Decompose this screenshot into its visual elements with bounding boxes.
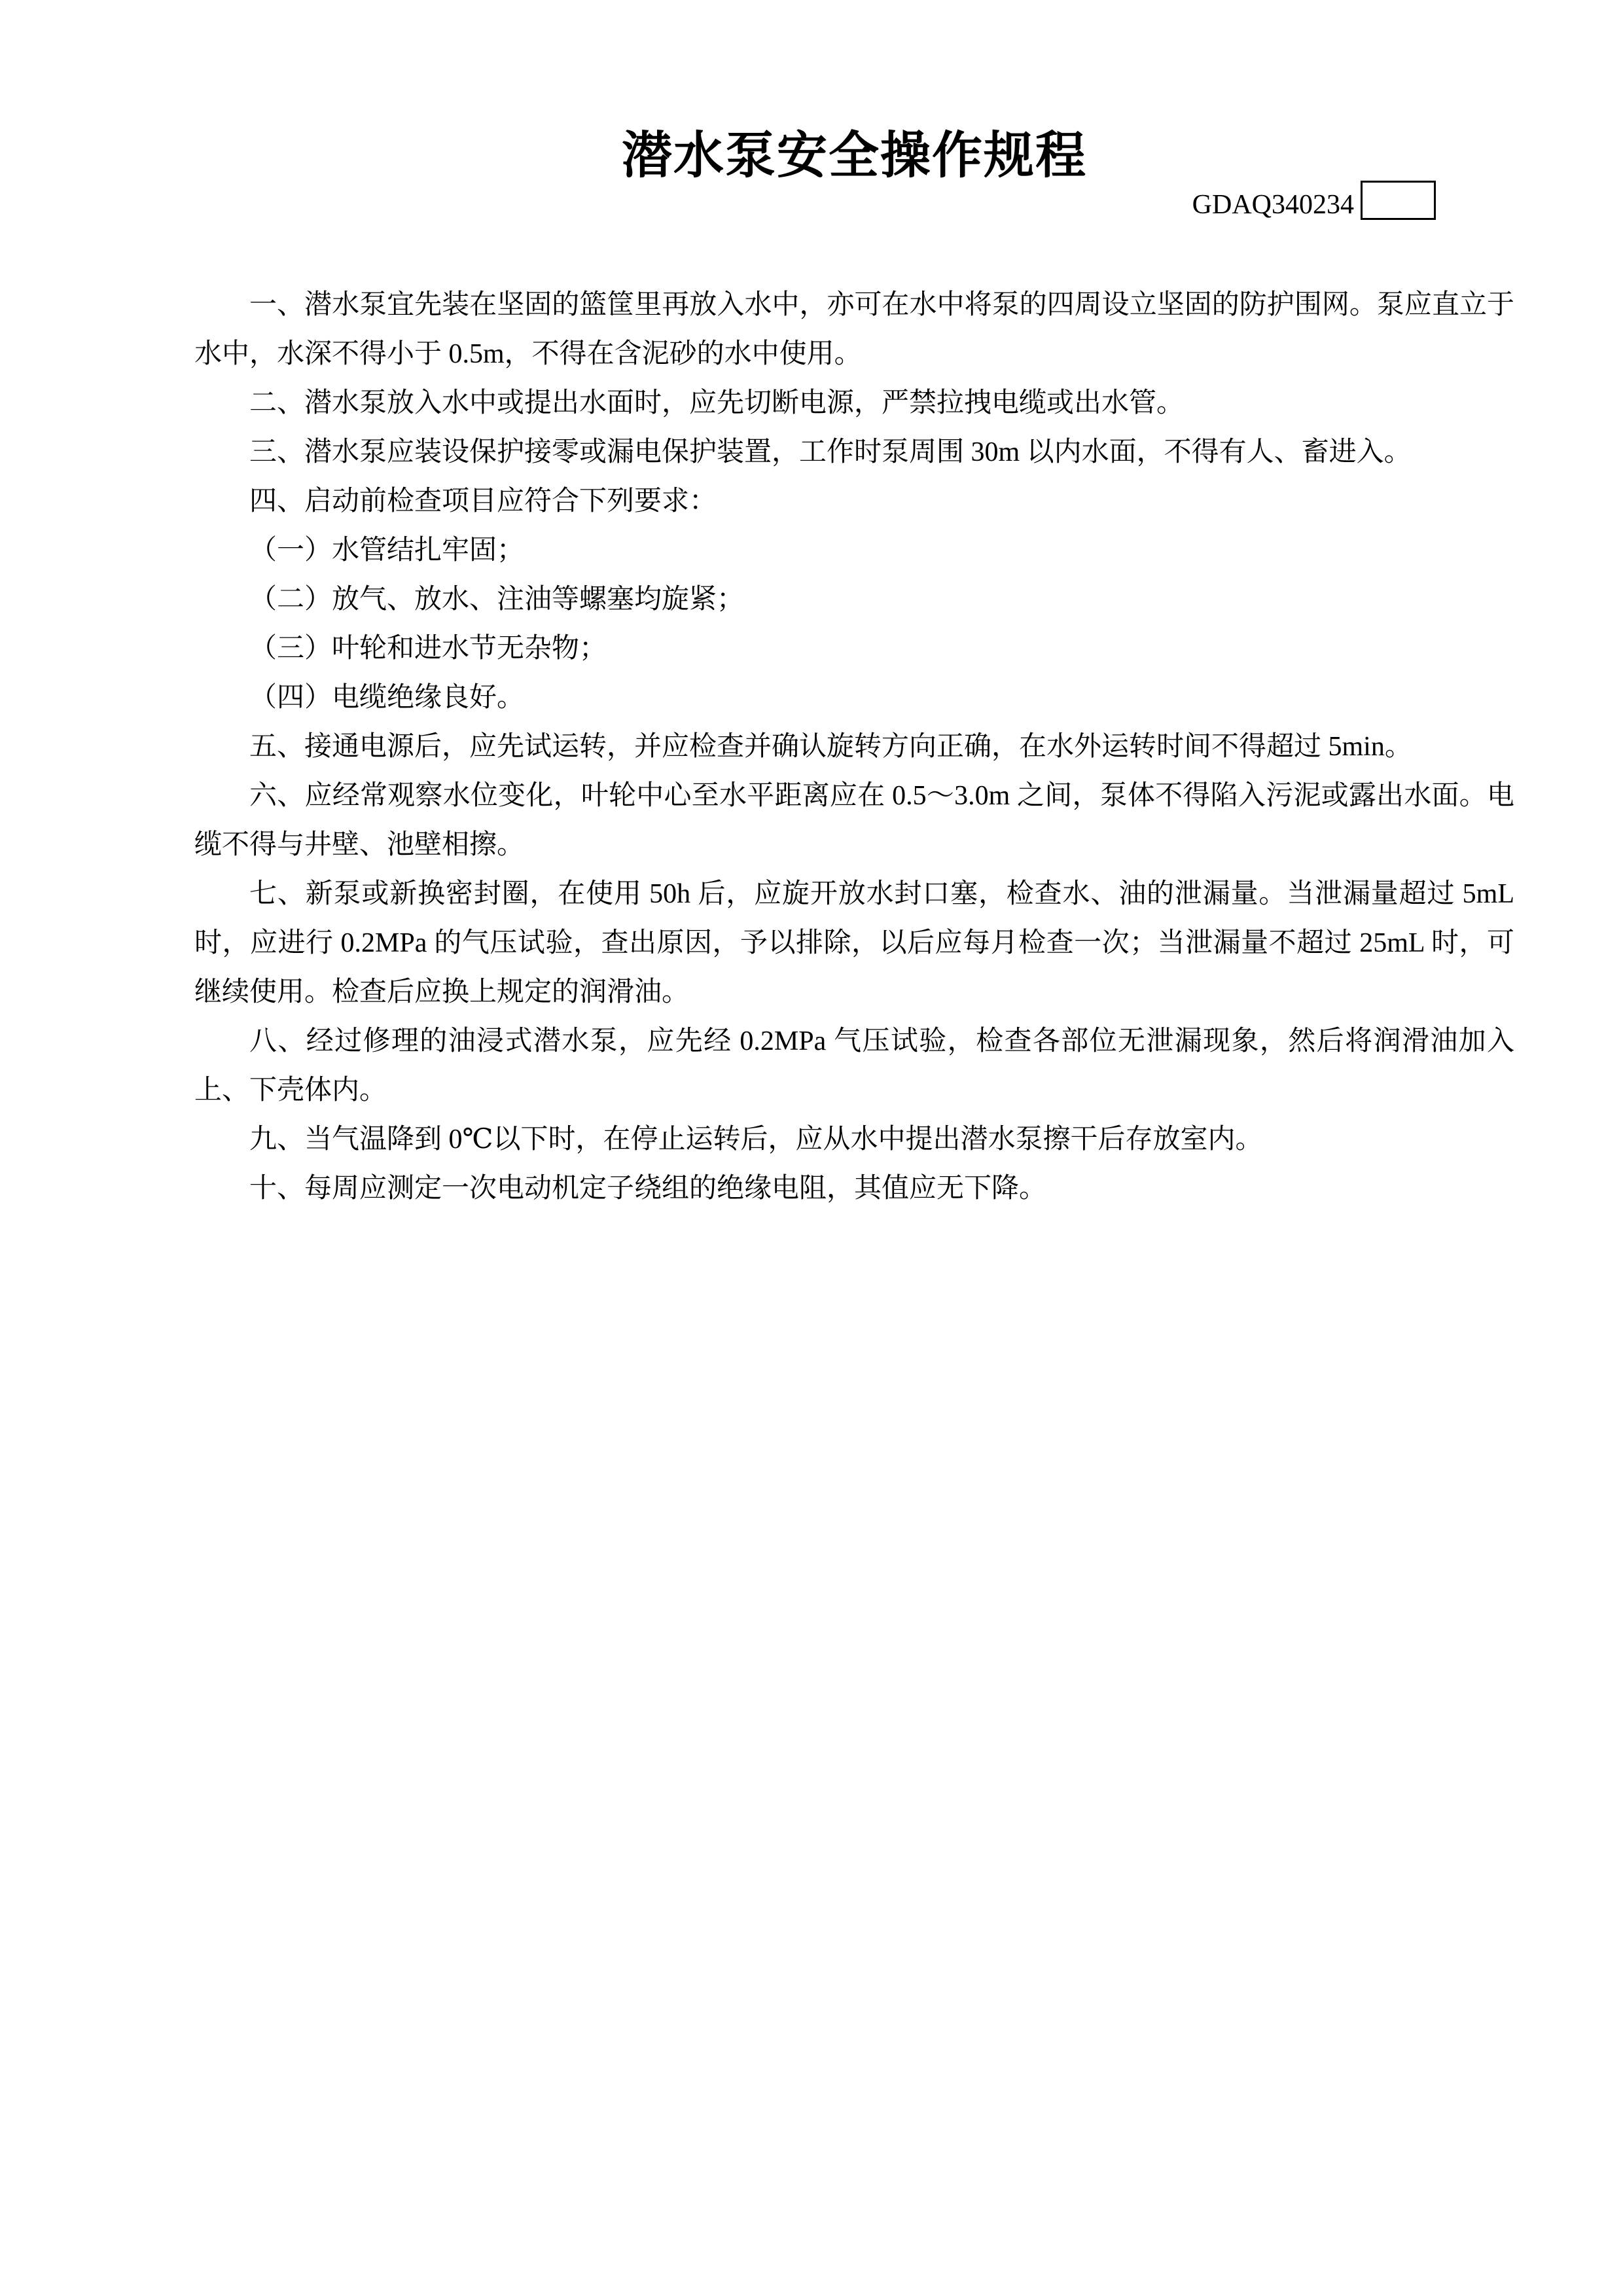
body-paragraph: 六、应经常观察水位变化，叶轮中心至水平距离应在 0.5～3.0m 之间，泵体不得… — [194, 772, 1514, 870]
body-paragraph: 三、潜水泵应装设保护接零或漏电保护装置，工作时泵周围 30m 以内水面，不得有人… — [194, 428, 1514, 477]
body-paragraph: 一、潜水泵宜先装在坚固的篮筐里再放入水中，亦可在水中将泵的四周设立坚固的防护围网… — [194, 281, 1514, 379]
body-paragraph: 二、潜水泵放入水中或提出水面时，应先切断电源，严禁拉拽电缆或出水管。 — [194, 379, 1514, 428]
body-paragraph: （四）电缆绝缘良好。 — [194, 673, 1514, 723]
body-paragraph: 十、每周应测定一次电动机定子绕组的绝缘电阻，其值应无下降。 — [194, 1164, 1514, 1213]
page: 潜水泵安全操作规程 GDAQ340234 一、潜水泵宜先装在坚固的篮筐里再放入水… — [0, 0, 1623, 2296]
body-paragraph: 八、经过修理的油浸式潜水泵，应先经 0.2MPa 气压试验，检查各部位无泄漏现象… — [194, 1017, 1514, 1115]
body-paragraph: （二）放气、放水、注油等螺塞均旋紧； — [194, 575, 1514, 624]
body-paragraph: 四、启动前检查项目应符合下列要求： — [194, 477, 1514, 526]
body-paragraph: 七、新泵或新换密封圈，在使用 50h 后，应旋开放水封口塞，检查水、油的泄漏量。… — [194, 870, 1514, 1017]
page-title: 潜水泵安全操作规程 — [194, 126, 1514, 186]
doc-number-box — [1361, 181, 1436, 220]
doc-number-row: GDAQ340234 — [194, 181, 1514, 220]
body-paragraph: （一）水管结扎牢固； — [194, 526, 1514, 575]
body-paragraph: 五、接通电源后，应先试运转，并应检查并确认旋转方向正确，在水外运转时间不得超过 … — [194, 723, 1514, 772]
body-paragraph: 九、当气温降到 0℃以下时，在停止运转后，应从水中提出潜水泵擦干后存放室内。 — [194, 1115, 1514, 1164]
document-body: 一、潜水泵宜先装在坚固的篮筐里再放入水中，亦可在水中将泵的四周设立坚固的防护围网… — [194, 281, 1514, 1213]
doc-number: GDAQ340234 — [1192, 191, 1354, 219]
content-area: 潜水泵安全操作规程 GDAQ340234 一、潜水泵宜先装在坚固的篮筐里再放入水… — [194, 0, 1514, 2296]
body-paragraph: （三）叶轮和进水节无杂物； — [194, 624, 1514, 673]
